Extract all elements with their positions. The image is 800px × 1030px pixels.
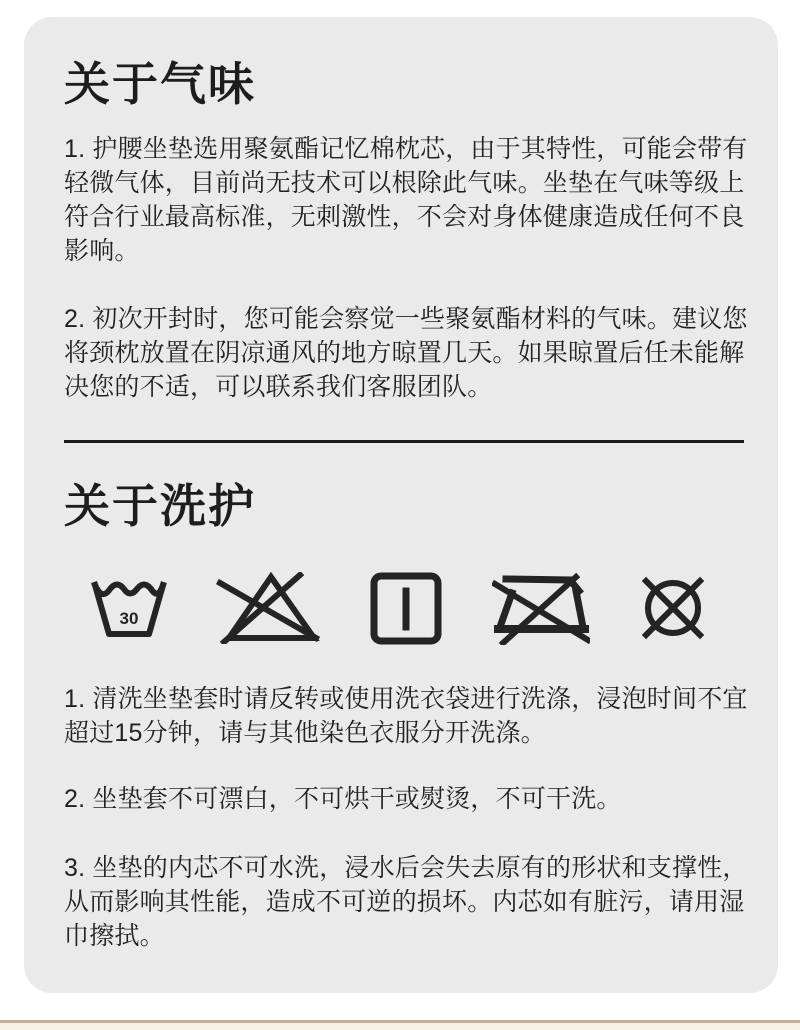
care-section-title: 关于洗护 [64,479,750,534]
drip-dry-icon [368,570,444,647]
next-section-edge [0,1020,800,1030]
wash-30-icon: 30 [90,577,168,639]
no-iron-icon [492,571,590,645]
care-paragraph-2: 2. 坐垫套不可漂白，不可烘干或熨烫，不可干洗。 [64,782,750,816]
no-bleach-icon [216,572,320,644]
odor-paragraph-1: 1. 护腰坐垫选用聚氨酯记忆棉枕芯，由于其特性，可能会带有轻微气体，目前尚无技术… [64,132,750,268]
wash-temp-label: 30 [120,609,139,628]
care-instructions-card: 关于气味 1. 护腰坐垫选用聚氨酯记忆棉枕芯，由于其特性，可能会带有轻微气体，目… [24,17,778,993]
care-paragraph-1: 1. 清洗坐垫套时请反转或使用洗衣袋进行洗涤，浸泡时间不宜超过15分钟，请与其他… [64,682,750,750]
no-dry-clean-icon [638,576,708,640]
odor-paragraph-2: 2. 初次开封时，您可能会察觉一些聚氨酯材料的气味。建议您将颈枕放置在阴凉通风的… [64,302,750,404]
laundry-symbols-row: 30 [90,568,750,648]
odor-section-title: 关于气味 [64,57,750,112]
section-divider [64,440,744,443]
care-paragraph-3: 3. 坐垫的内芯不可水洗，浸水后会失去原有的形状和支撑性，从而影响其性能，造成不… [64,851,750,953]
